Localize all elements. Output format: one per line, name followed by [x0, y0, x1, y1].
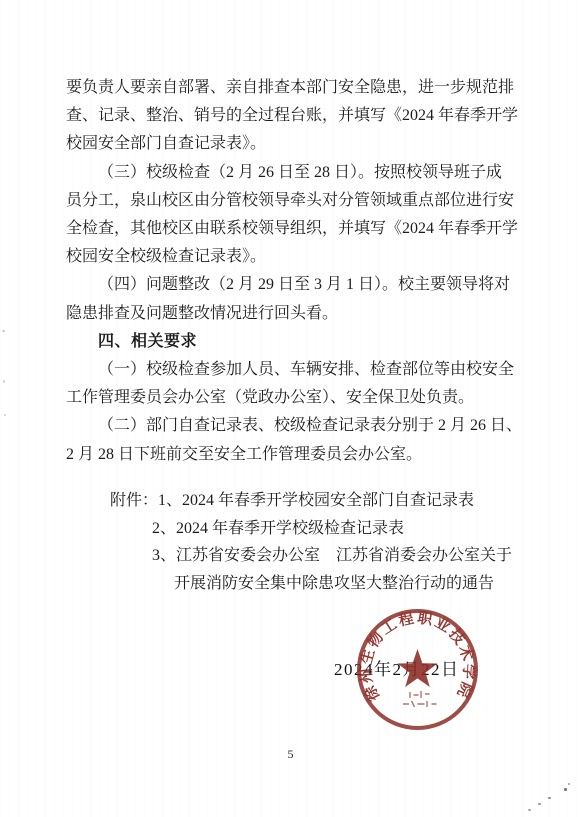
seal-small-marks: [403, 691, 437, 707]
body-line: 隐患排查及问题整改情况进行回头看。: [66, 300, 526, 328]
scan-speck: [3, 380, 5, 383]
attachment-item: 2、2024 年春季开学校级检查记录表: [152, 515, 512, 543]
scan-speck: [568, 783, 570, 785]
scan-speck: [538, 803, 541, 805]
section-heading: 四、相关要求: [66, 328, 526, 356]
body-line: 校园安全校级检查记录表》。: [66, 243, 526, 271]
body-line: （四）问题整改（2 月 29 日至 3 月 1 日）。校主要领导将对: [66, 271, 526, 299]
attachment-item: 3、江苏省安委会办公室 江苏省消委会办公室关于: [152, 542, 512, 570]
body-line: 工作管理委员会办公室（党政办公室）、安全保卫处负责。: [66, 384, 526, 412]
document-page: 要负责人要亲自部署、亲自排查本部门安全隐患，进一步规范排 查、记录、整治、销号的…: [0, 0, 581, 817]
body-line: （二）部门自查记录表、校级检查记录表分别于 2 月 26 日、: [66, 412, 526, 440]
scan-speck: [528, 809, 531, 811]
body-line: （一）校级检查参加人员、车辆安排、检查部位等由校安全: [66, 356, 526, 384]
seal-star-icon: [398, 649, 438, 687]
attachment-item: 附件：1、2024 年春季开学校园安全部门自查记录表: [110, 487, 512, 515]
body-line: （三）校级检查（2 月 26 日至 28 日）。按照校领导班子成: [66, 159, 526, 187]
attachments-list: 附件：1、2024 年春季开学校园安全部门自查记录表 2、2024 年春季开学校…: [110, 487, 512, 597]
body-line: 2 月 28 日下班前交至安全工作管理委员会办公室。: [66, 441, 526, 469]
body-line: 要负责人要亲自部署、亲自排查本部门安全隐患，进一步规范排: [66, 74, 526, 102]
scan-speck: [2, 330, 5, 332]
page-number: 5: [0, 747, 581, 762]
body-line: 全检查，其他校区由联系校领导组织，并填写《2024 年春季开学: [66, 215, 526, 243]
official-seal-stamp-icon: 徐州生物工程职业技术学院: [347, 599, 488, 740]
body-line: 校园安全部门自查记录表》。: [66, 130, 526, 158]
scan-speck: [4, 414, 6, 416]
scan-speck: [548, 797, 551, 799]
scan-speck: [564, 788, 567, 791]
body-line: 员分工，泉山校区由分管校领导牵头对分管领域重点部位进行安: [66, 187, 526, 215]
attachment-item: 开展消防安全集中除患攻坚大整治行动的通告: [174, 570, 512, 598]
body-line: 查、记录、整治、销号的全过程台账，并填写《2024 年春季开学: [66, 102, 526, 130]
document-body: 要负责人要亲自部署、亲自排查本部门安全隐患，进一步规范排 查、记录、整治、销号的…: [66, 74, 526, 469]
